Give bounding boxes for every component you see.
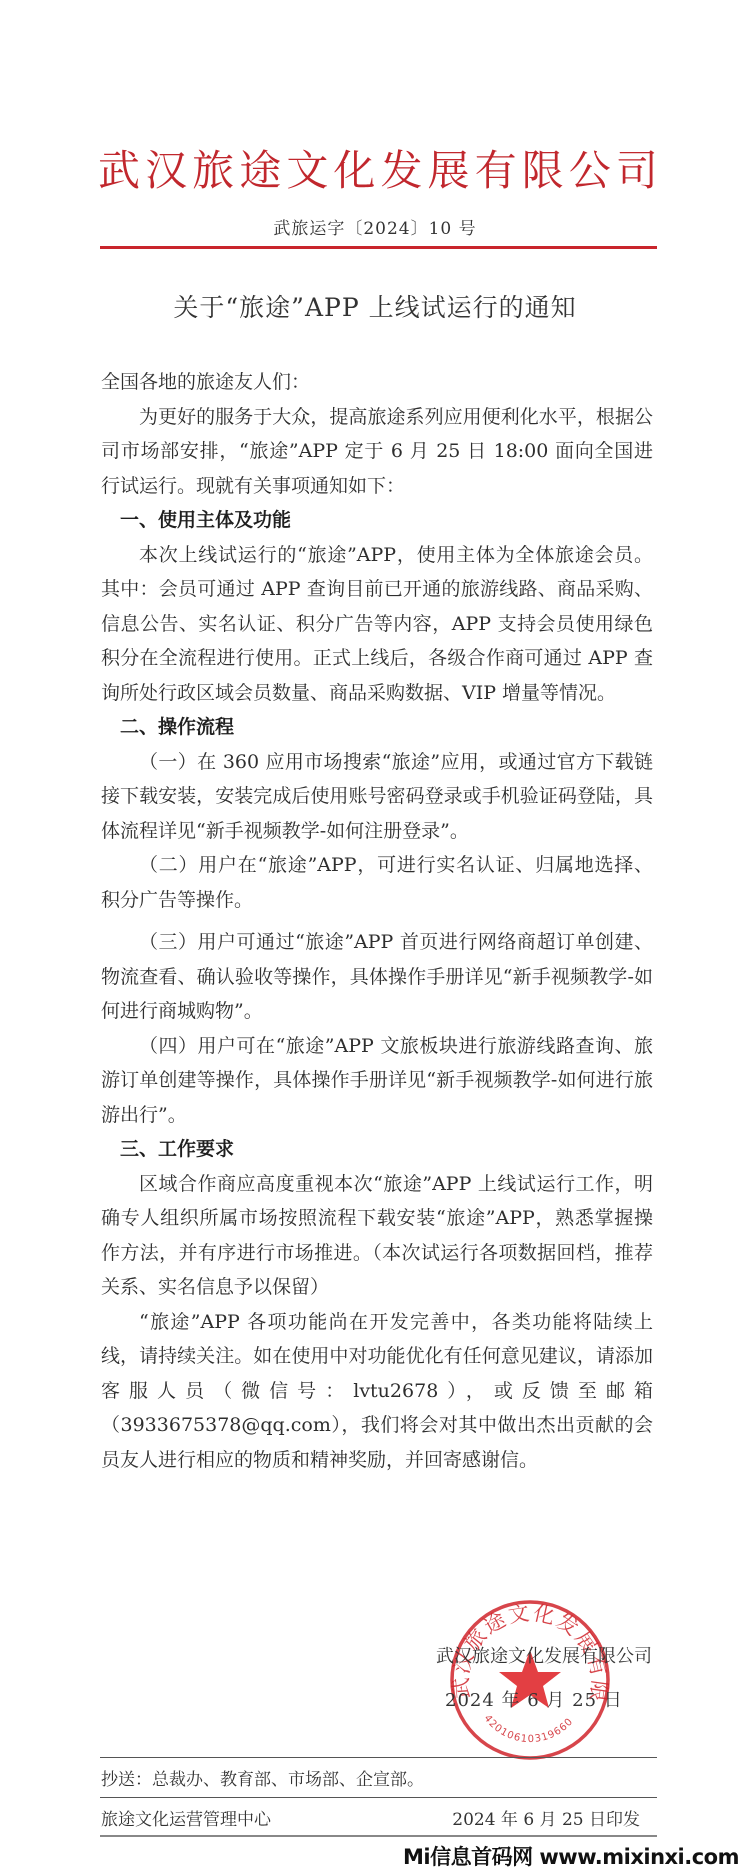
paragraph: （三）用户可通过“旅途”APP 首页进行网络商超订单创建、物流查看、确认验收等操… — [101, 925, 653, 1029]
paragraph: （二）用户在“旅途”APP，可进行实名认证、归属地选择、积分广告等操作。 — [101, 848, 653, 917]
org-char: 展 — [428, 143, 470, 199]
org-char: 文 — [286, 143, 328, 199]
paragraph: 本次上线试运行的“旅途”APP，使用主体为全体旅途会员。其中：会员可通过 APP… — [101, 538, 653, 711]
document-number: 武旅运字〔2024〕10 号 — [0, 214, 750, 239]
footer-rule-top — [100, 1757, 657, 1758]
org-char: 汉 — [145, 143, 187, 199]
issue-date: 2024 年 6 月 25 日印发 — [0, 1805, 640, 1830]
footer-rule-bottom — [100, 1835, 657, 1837]
watermark: Mi信息首码网 www.mixinxi.com — [403, 1841, 748, 1870]
notice-body: 全国各地的旅途友人们： 为更好的服务于大众，提高旅途系列应用便利化水平，根据公司… — [101, 365, 653, 1477]
red-divider — [100, 246, 657, 249]
org-char: 武 — [98, 143, 140, 199]
cc-list: 抄送：总裁办、教育部、市场部、企宣部。 — [101, 1765, 424, 1790]
org-char: 公 — [569, 143, 611, 199]
spacer — [101, 917, 653, 925]
section-heading: 三、工作要求 — [101, 1132, 653, 1167]
org-char: 发 — [380, 143, 422, 199]
paragraph: “旅途”APP 各项功能尚在开发完善中，各类功能将陆续上线，请持续关注。如在使用… — [101, 1305, 653, 1478]
company-seal-icon: 武汉旅途文化发展有限公司 4201061031966​0 — [448, 1598, 612, 1762]
greeting: 全国各地的旅途友人们： — [101, 365, 653, 400]
paragraph: 区域合作商应高度重视本次“旅途”APP 上线试运行工作，明确专人组织所属市场按照… — [101, 1167, 653, 1305]
signature-date: 2024 年 6 月 25 日 — [445, 1686, 623, 1712]
org-char: 有 — [475, 143, 517, 199]
paragraph: （四）用户可在“旅途”APP 文旅板块进行旅游线路查询、旅游订单创建等操作，具体… — [101, 1029, 653, 1133]
organization-title: 武 汉 旅 途 文 化 发 展 有 限 公 司 — [98, 143, 658, 199]
notice-title: 关于“旅途”APP 上线试运行的通知 — [0, 288, 750, 324]
org-char: 旅 — [192, 143, 234, 199]
section-heading: 二、操作流程 — [101, 710, 653, 745]
org-char: 化 — [333, 143, 375, 199]
org-char: 限 — [522, 143, 564, 199]
org-char: 途 — [239, 143, 281, 199]
intro-paragraph: 为更好的服务于大众，提高旅途系列应用便利化水平，根据公司市场部安排，“旅途”AP… — [101, 400, 653, 504]
svg-text:4201061031966​0: 4201061031966​0 — [481, 1713, 575, 1745]
paragraph: （一）在 360 应用市场搜索“旅途”应用，或通过官方下载链接下载安装，安装完成… — [101, 745, 653, 849]
seal-code: 4201061031966​0 — [481, 1713, 575, 1745]
org-char: 司 — [616, 143, 658, 199]
section-heading: 一、使用主体及功能 — [101, 503, 653, 538]
footer-rule-middle — [100, 1797, 657, 1798]
signature-org: 武汉旅途文化发展有限公司 — [0, 1642, 652, 1668]
